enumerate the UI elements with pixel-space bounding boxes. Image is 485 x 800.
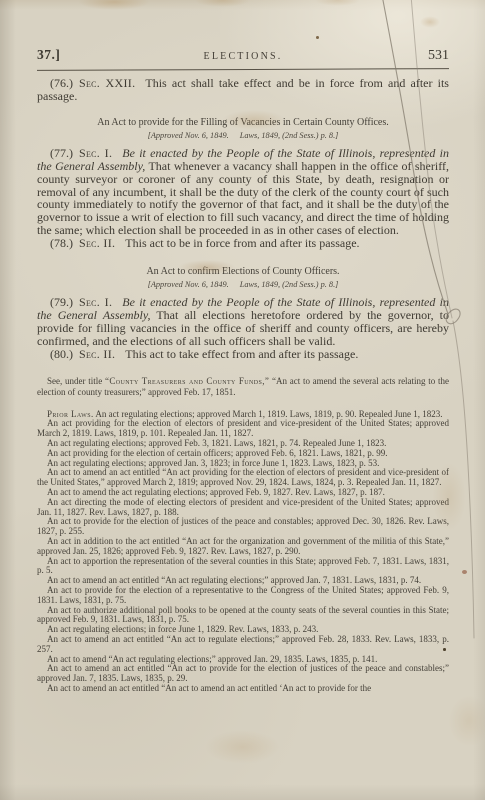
note-prefix: See, under title — [47, 376, 102, 386]
referenced-title: “County Treasurers and County Funds,” — [105, 376, 269, 386]
prior-law-entry: An act to apportion the representation o… — [37, 557, 449, 577]
section-78-paragraph: (78.)Sec. II.This act to be in force fro… — [37, 237, 449, 250]
section-label: Sec. XXII. — [79, 76, 135, 90]
ink-speck — [462, 570, 467, 574]
session-laws-reference: Laws, 1849, (2nd Sess.) p. 8.] — [240, 131, 339, 140]
foxing-stain — [448, 695, 485, 747]
cross-reference-note: See, under title “County Treasurers and … — [37, 376, 449, 398]
page-content: 37.] ELECTIONS. 531 (76.)Sec. XXII.This … — [37, 0, 449, 694]
prior-law-entry: An act to amend an act entitled “An act … — [37, 684, 449, 694]
section-79-paragraph: (79.)Sec. I.Be it enacted by the People … — [37, 296, 449, 348]
scanned-book-page: 37.] ELECTIONS. 531 (76.)Sec. XXII.This … — [0, 0, 485, 800]
section-number: (80.) — [50, 347, 73, 361]
prior-law-entry: An act to authorize additional poll book… — [37, 606, 449, 626]
prior-law-entry: An act to amend an act entitled “An act … — [37, 664, 449, 684]
section-label: Sec. I. — [79, 146, 112, 160]
act1-title: An Act to provide for the Filling of Vac… — [43, 117, 443, 128]
session-laws-reference: Laws, 1849, (2nd Sess.) p. 8.] — [240, 280, 339, 289]
prior-law-text: An act regulating elections; approved Ma… — [95, 409, 442, 419]
prior-law-entry: An act in addition to the act entitled “… — [37, 537, 449, 557]
section-77-paragraph: (77.)Sec. I.Be it enacted by the People … — [37, 147, 449, 237]
act1-citation: [Approved Nov. 6, 1849.Laws, 1849, (2nd … — [37, 131, 449, 140]
page-number: 531 — [379, 48, 449, 64]
prior-laws-label: Prior Laws. — [47, 409, 94, 419]
prior-law-entry: An act directing the mode of electing el… — [37, 498, 449, 518]
page-header: 37.] ELECTIONS. 531 — [37, 47, 449, 64]
prior-laws-list: Prior Laws. An act regulating elections;… — [37, 410, 449, 694]
section-label: Sec. II. — [79, 347, 115, 361]
approval-date: [Approved Nov. 6, 1849. — [148, 131, 229, 140]
approval-date: [Approved Nov. 6, 1849. — [148, 280, 229, 289]
prior-law-entry: An act to amend an act entitled “An act … — [37, 635, 449, 655]
section-label: Sec. II. — [79, 236, 115, 250]
prior-law-entry: An act to provide for the election of ju… — [37, 517, 449, 537]
header-rule — [37, 68, 449, 71]
section-number: (77.) — [50, 146, 73, 160]
section-text: This act to take effect from and after i… — [125, 347, 358, 361]
section-number: (76.) — [50, 76, 73, 90]
section-label: Sec. I. — [79, 295, 112, 309]
prior-law-entry: An act to amend an act entitled “An act … — [37, 468, 449, 488]
act2-title: An Act to confirm Elections of County Of… — [43, 266, 443, 277]
section-number: (79.) — [50, 295, 73, 309]
running-title: ELECTIONS. — [107, 51, 379, 62]
act2-citation: [Approved Nov. 6, 1849.Laws, 1849, (2nd … — [37, 280, 449, 289]
section-76-paragraph: (76.)Sec. XXII.This act shall take effec… — [37, 77, 449, 103]
chapter-number: 37.] — [37, 47, 107, 63]
prior-law-entry: An act to provide for the election of a … — [37, 586, 449, 606]
section-80-paragraph: (80.)Sec. II.This act to take effect fro… — [37, 348, 449, 361]
section-number: (78.) — [50, 236, 73, 250]
prior-law-entry: An act providing for the election of ele… — [37, 419, 449, 439]
section-text: This act to be in force from and after i… — [125, 236, 359, 250]
foxing-stain — [205, 730, 280, 764]
